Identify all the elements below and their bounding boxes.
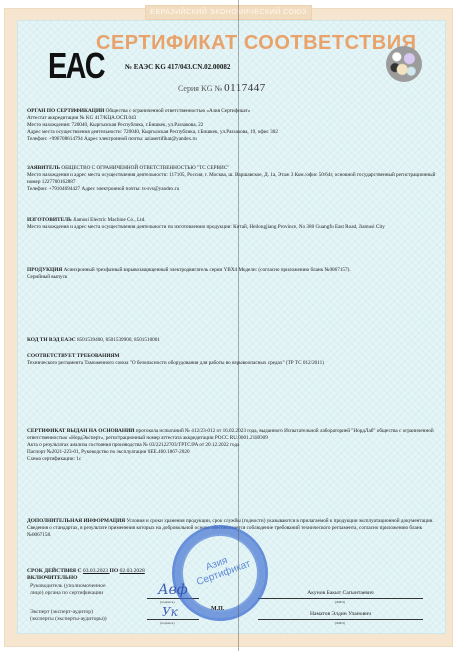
expert-fio-line [258,619,423,620]
product-label: ПРОДУКЦИЯ [27,267,62,273]
expert-name: Наматов Элдин Уланович [258,611,423,617]
series-value: 0117447 [224,82,266,94]
head-label-line2: лицо) органа по сертификации [30,590,103,596]
head-label-line1: Руководитель (уполномоченное [30,583,106,589]
certification-body-activity-address: Адрес места осуществления деятельности: … [27,129,437,136]
expert-signatory-label: Эксперт (эксперт-аудитор) (эксперты (экс… [30,609,107,623]
accreditation: Аттестат аккредитации № KG 417/КЦА.ОСП.0… [27,115,437,122]
head-signatory-label: Руководитель (уполномоченное лицо) орган… [30,583,106,597]
applicant-contacts: Телефон: +79104694427 Адрес электронной … [27,186,437,193]
expert-fio-caption: (ФИО) [335,621,345,625]
basis-scheme: Схема сертификации: 1с [27,456,437,463]
series-label: Серия KG № [178,84,222,93]
certification-body-name: Общества с ограниченной ответственностью… [106,108,251,114]
head-signature-caption: (подпись) [160,600,175,604]
requirements-section: СООТВЕТСТВУЕТ ТРЕБОВАНИЯМ Технического р… [27,353,437,367]
applicant-name: ОБЩЕСТВО С ОГРАНИЧЕННОЙ ОТВЕТСТВЕННОСТЬЮ… [61,165,229,171]
basis-act: Акта о результатах анализа состояния про… [27,442,437,449]
manufacturer-name: Jiamusi Electric Machine Co., Ltd. [73,217,145,223]
expert-label-line2: (эксперты (эксперты-аудиторы)) [30,616,107,622]
expert-signature-line [147,619,199,620]
series-number: Серия KG № 0117447 [178,82,266,94]
validity-inclusive-label: ВКЛЮЧИТЕЛЬНО [27,575,77,581]
fold-crease [238,0,239,651]
certification-body-label: ОРГАН ПО СЕРТИФИКАЦИИ [27,108,104,114]
head-fio-line [258,598,423,599]
expert-label-line1: Эксперт (эксперт-аудитор) [30,609,93,615]
product-production-type: Серийный выпуск [27,274,437,281]
hs-code-section: КОД ТН ВЭД ЕАЭС 8501539400, 8501539900, … [27,337,437,344]
head-signature-icon: Авф [158,582,188,598]
product-description: Асинхронный трехфазный взрывозащищенный … [64,267,351,273]
product-section: ПРОДУКЦИЯ Асинхронный трехфазный взрывоз… [27,267,437,281]
hs-code-label: КОД ТН ВЭД ЕАЭС [27,337,76,343]
validity-to-label: ПО [109,568,118,574]
basis-section: СЕРТИФИКАТ ВЫДАН НА ОСНОВАНИИ протокола … [27,428,437,463]
certification-body-section: ОРГАН ПО СЕРТИФИКАЦИИ Общества с огранич… [27,108,437,143]
manufacturer-address: Место нахождения и адрес места осуществл… [27,224,437,231]
certification-body-location: Место нахождения: 720040, Кыргызская Рес… [27,122,437,129]
expert-signature-icon: Ук [162,605,178,619]
certification-body-contacts: Телефон: +996708614794 Адрес электронной… [27,136,437,143]
expert-signature-caption: (подпись) [160,621,175,625]
document-title: СЕРТИФИКАТ СООТВЕТСТВИЯ [96,32,416,55]
basis-passport: Паспорт №2021-223-01, Руководство по экс… [27,449,437,456]
applicant-label: ЗАЯВИТЕЛЬ [27,165,60,171]
eaeu-banner: ЕВРАЗИЙСКИЙ ЭКОНОМИЧЕСКИЙ СОЮЗ [145,5,312,20]
applicant-address: Место нахождения и адрес места осуществл… [27,172,437,186]
additional-info-label: ДОПОЛНИТЕЛЬНАЯ ИНФОРМАЦИЯ [27,518,125,524]
hologram-icon [386,46,422,82]
certificate-number: № ЕАЭС KG 417/043.CN.02.00082 [125,63,230,71]
head-fio-caption: (ФИО) [335,600,345,604]
validity-date-to: 02.03.2028 [120,568,145,574]
eac-logo-icon: EAC [48,44,82,88]
manufacturer-label: ИЗГОТОВИТЕЛЬ [27,217,72,223]
validity-from-label: СРОК ДЕЙСТВИЯ С [27,568,82,574]
validity-date-from: 03.03.2023 [83,568,108,574]
manufacturer-section: ИЗГОТОВИТЕЛЬ Jiamusi Electric Machine Co… [27,217,437,231]
requirements-text: Технического регламента Таможенного союз… [27,360,437,367]
validity-period: СРОК ДЕЙСТВИЯ С 03.03.2023 ПО 02.03.2028… [27,568,145,582]
requirements-label: СООТВЕТСТВУЕТ ТРЕБОВАНИЯМ [27,353,120,359]
basis-label: СЕРТИФИКАТ ВЫДАН НА ОСНОВАНИИ [27,428,134,434]
hs-code-value: 8501539400, 8501539900, 8501510001 [77,337,160,343]
head-name: Акунов Бакыт Сагынтаевич [258,590,423,596]
applicant-section: ЗАЯВИТЕЛЬ ОБЩЕСТВО С ОГРАНИЧЕННОЙ ОТВЕТС… [27,165,437,193]
